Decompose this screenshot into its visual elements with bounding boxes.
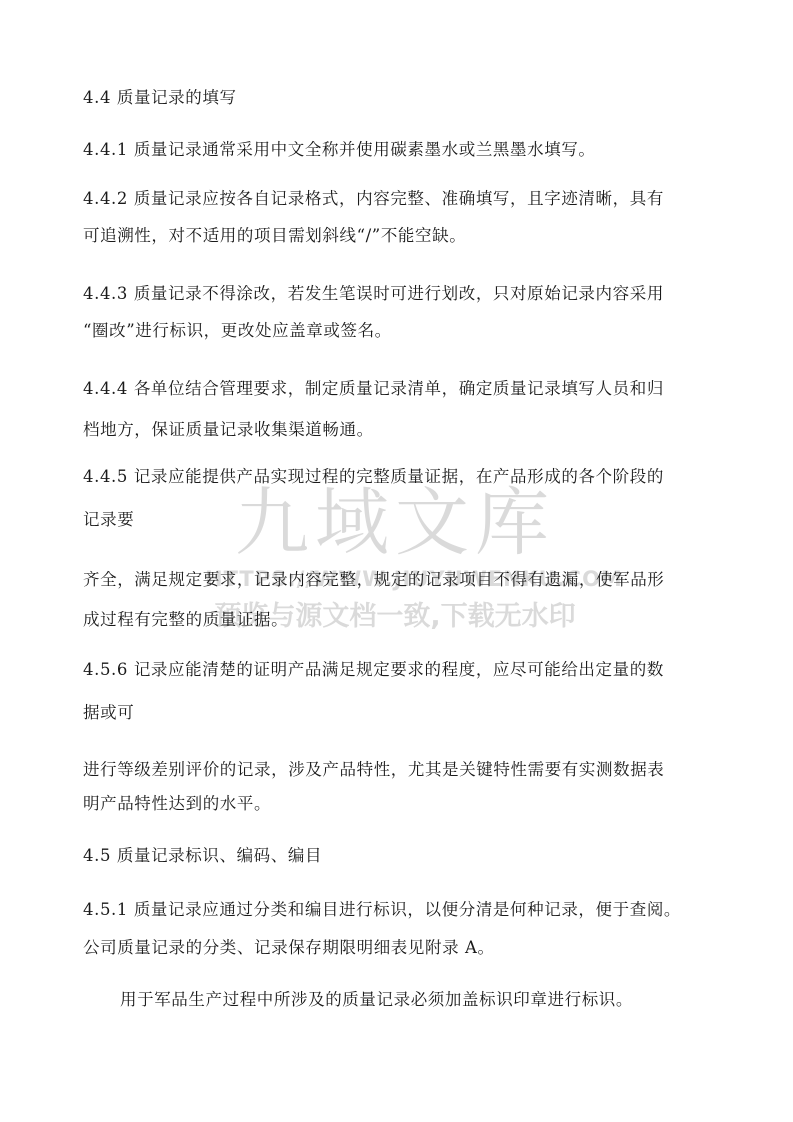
paragraph-4-5-1-line-2: 公司质量记录的分类、记录保存期限明细表见附录 A。	[83, 937, 723, 959]
section-heading-4-5: 4.5 质量记录标识、编码、编目	[83, 845, 723, 867]
paragraph-4-5-6-line-3: 进行等级差别评价的记录，涉及产品特性，尤其是关键特性需要有实测数据表	[83, 759, 723, 781]
paragraph-4-5-6-line-4: 明产品特性达到的水平。	[83, 793, 723, 815]
paragraph-4-4-5-line-2: 记录要	[83, 509, 723, 531]
paragraph-4-4-2-line-1: 4.4.2 质量记录应按各自记录格式，内容完整、准确填写，且字迹清晰，具有	[83, 188, 723, 210]
paragraph-4-5-6-line-1: 4.5.6 记录应能清楚的证明产品满足规定要求的程度，应尽可能给出定量的数	[83, 659, 723, 681]
paragraph-4-4-3-line-2: “圈改”进行标识，更改处应盖章或签名。	[83, 320, 723, 342]
paragraph-4-4-5-line-3: 齐全，满足规定要求，记录内容完整，规定的记录项目不得有遗漏，使军品形	[83, 569, 723, 591]
section-heading-4-4: 4.4 质量记录的填写	[83, 87, 723, 109]
paragraph-4-5-6-line-2: 据或可	[83, 702, 723, 724]
paragraph-4-4-1: 4.4.1 质量记录通常采用中文全称并使用碳素墨水或兰黑墨水填写。	[83, 139, 723, 161]
document-page: 九域文库 HTTPS://WWW.JIUYUWENKU.COM 预览与源文档一致…	[0, 0, 793, 1122]
paragraph-4-4-3-line-1: 4.4.3 质量记录不得涂改，若发生笔误时可进行划改，只对原始记录内容采用	[83, 283, 723, 305]
paragraph-4-4-5-line-1: 4.4.5 记录应能提供产品实现过程的完整质量证据，在产品形成的各个阶段的	[83, 466, 723, 488]
paragraph-4-4-2-line-2: 可追溯性，对不适用的项目需划斜线“/”不能空缺。	[83, 225, 723, 247]
paragraph-4-5-1-line-3: 用于军品生产过程中所涉及的质量记录必须加盖标识印章进行标识。	[120, 989, 760, 1011]
paragraph-4-4-4-line-1: 4.4.4 各单位结合管理要求，制定质量记录清单，确定质量记录填写人员和归	[83, 378, 723, 400]
paragraph-4-5-1-line-1: 4.5.1 质量记录应通过分类和编目进行标识，以便分清是何种记录，便于查阅。	[83, 899, 723, 921]
paragraph-4-4-4-line-2: 档地方，保证质量记录收集渠道畅通。	[83, 419, 723, 441]
paragraph-4-4-5-line-4: 成过程有完整的质量证据。	[83, 609, 723, 631]
